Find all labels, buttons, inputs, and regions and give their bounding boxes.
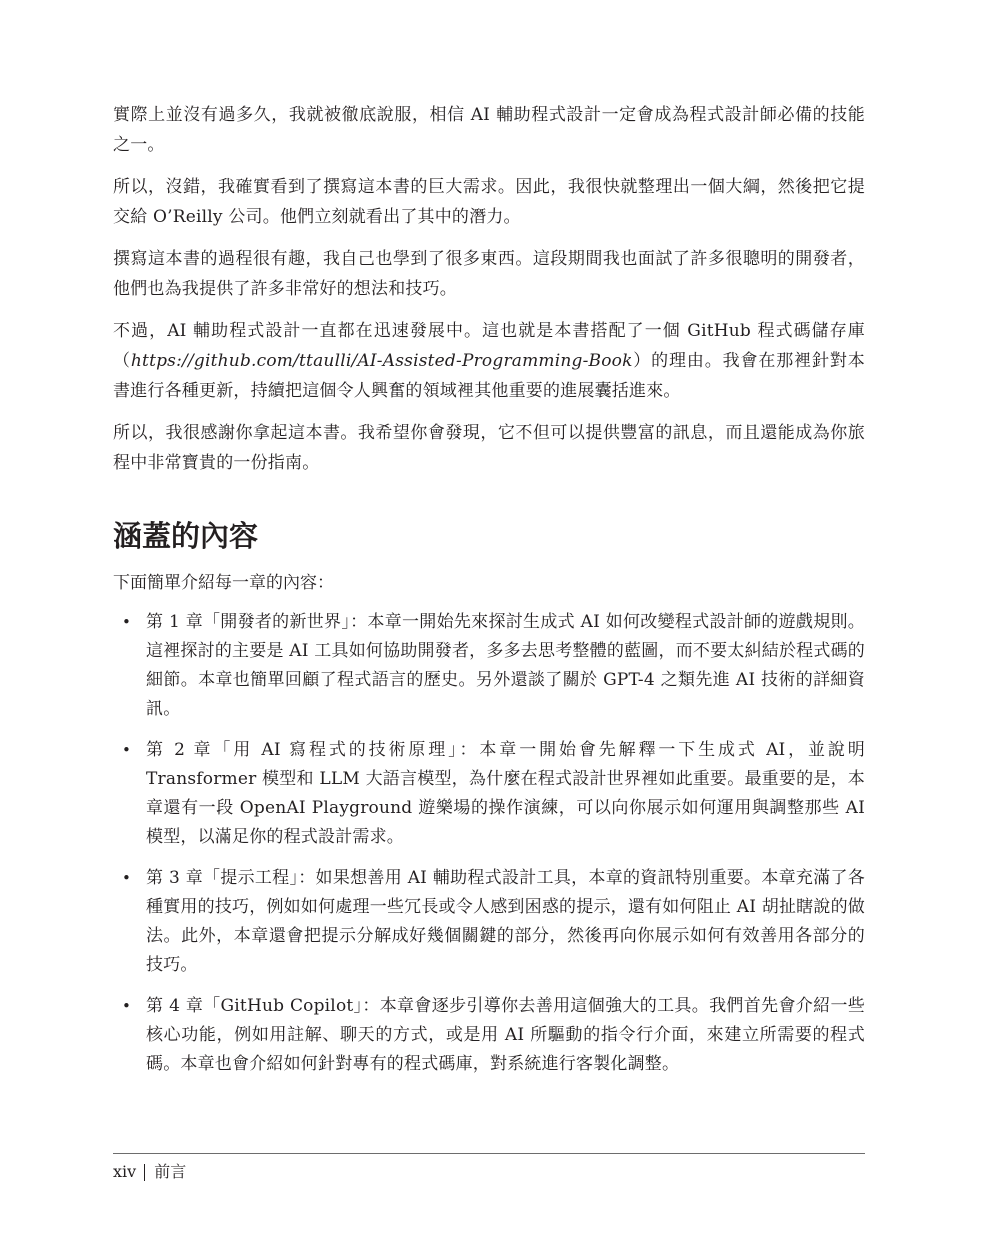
chapter-item-3: • 第 3 章「提示工程」：如果想善用 AI 輔助程式設計工具，本章的資訊特別重… [113, 864, 865, 980]
footer-text: xiv 前言 [113, 1161, 865, 1183]
bullet-icon: • [122, 992, 131, 1021]
chapter-item-2: • 第 2 章「用 AI 寫程式的技術原理」：本章一開始會先解釋一下生成式 AI… [113, 736, 865, 852]
section-intro: 下面簡單介紹每一章的內容： [113, 568, 865, 598]
paragraph-conviction: 實際上並沒有過多久，我就被徹底說服，相信 AI 輔助程式設計一定會成為程式設計師… [113, 100, 865, 160]
chapter-description: 第 2 章「用 AI 寫程式的技術原理」：本章一開始會先解釋一下生成式 AI，並… [146, 740, 865, 847]
chapter-item-1: • 第 1 章「開發者的新世界」：本章一開始先來探討生成式 AI 如何改變程式設… [113, 608, 865, 724]
chapter-description: 第 4 章「GitHub Copilot」：本章會逐步引導你去善用這個強大的工具… [146, 996, 865, 1074]
footer-divider [113, 1153, 865, 1154]
bullet-icon: • [122, 864, 131, 893]
paragraph-demand: 所以，沒錯，我確實看到了撰寫這本書的巨大需求。因此，我很快就整理出一個大綱，然後… [113, 172, 865, 232]
page-number: xiv [113, 1161, 136, 1183]
footer-separator [144, 1164, 145, 1181]
chapter-description: 第 1 章「開發者的新世界」：本章一開始先來探討生成式 AI 如何改變程式設計師… [146, 612, 865, 719]
bullet-icon: • [122, 608, 131, 637]
chapter-description: 第 3 章「提示工程」：如果想善用 AI 輔助程式設計工具，本章的資訊特別重要。… [146, 868, 865, 975]
page-footer: xiv 前言 [113, 1153, 865, 1183]
chapter-list: • 第 1 章「開發者的新世界」：本章一開始先來探討生成式 AI 如何改變程式設… [113, 608, 865, 1079]
bullet-icon: • [122, 736, 131, 765]
chapter-item-4: • 第 4 章「GitHub Copilot」：本章會逐步引導你去善用這個強大的… [113, 992, 865, 1079]
paragraph-writing-process: 撰寫這本書的過程很有趣，我自己也學到了很多東西。這段期間我也面試了許多很聰明的開… [113, 244, 865, 304]
section-title: 涵蓋的內容 [113, 516, 865, 556]
footer-section-name: 前言 [154, 1161, 186, 1183]
paragraph-thanks: 所以，我很感謝你拿起這本書。我希望你會發現，它不但可以提供豐富的訊息，而且還能成… [113, 418, 865, 478]
page-body: 實際上並沒有過多久，我就被徹底說服，相信 AI 輔助程式設計一定會成為程式設計師… [113, 100, 865, 1091]
paragraph-github-repo: 不過，AI 輔助程式設計一直都在迅速發展中。這也就是本書搭配了一個 GitHub… [113, 316, 865, 406]
github-repo-link[interactable]: https://github.com/ttaulli/AI-Assisted-P… [131, 351, 633, 371]
